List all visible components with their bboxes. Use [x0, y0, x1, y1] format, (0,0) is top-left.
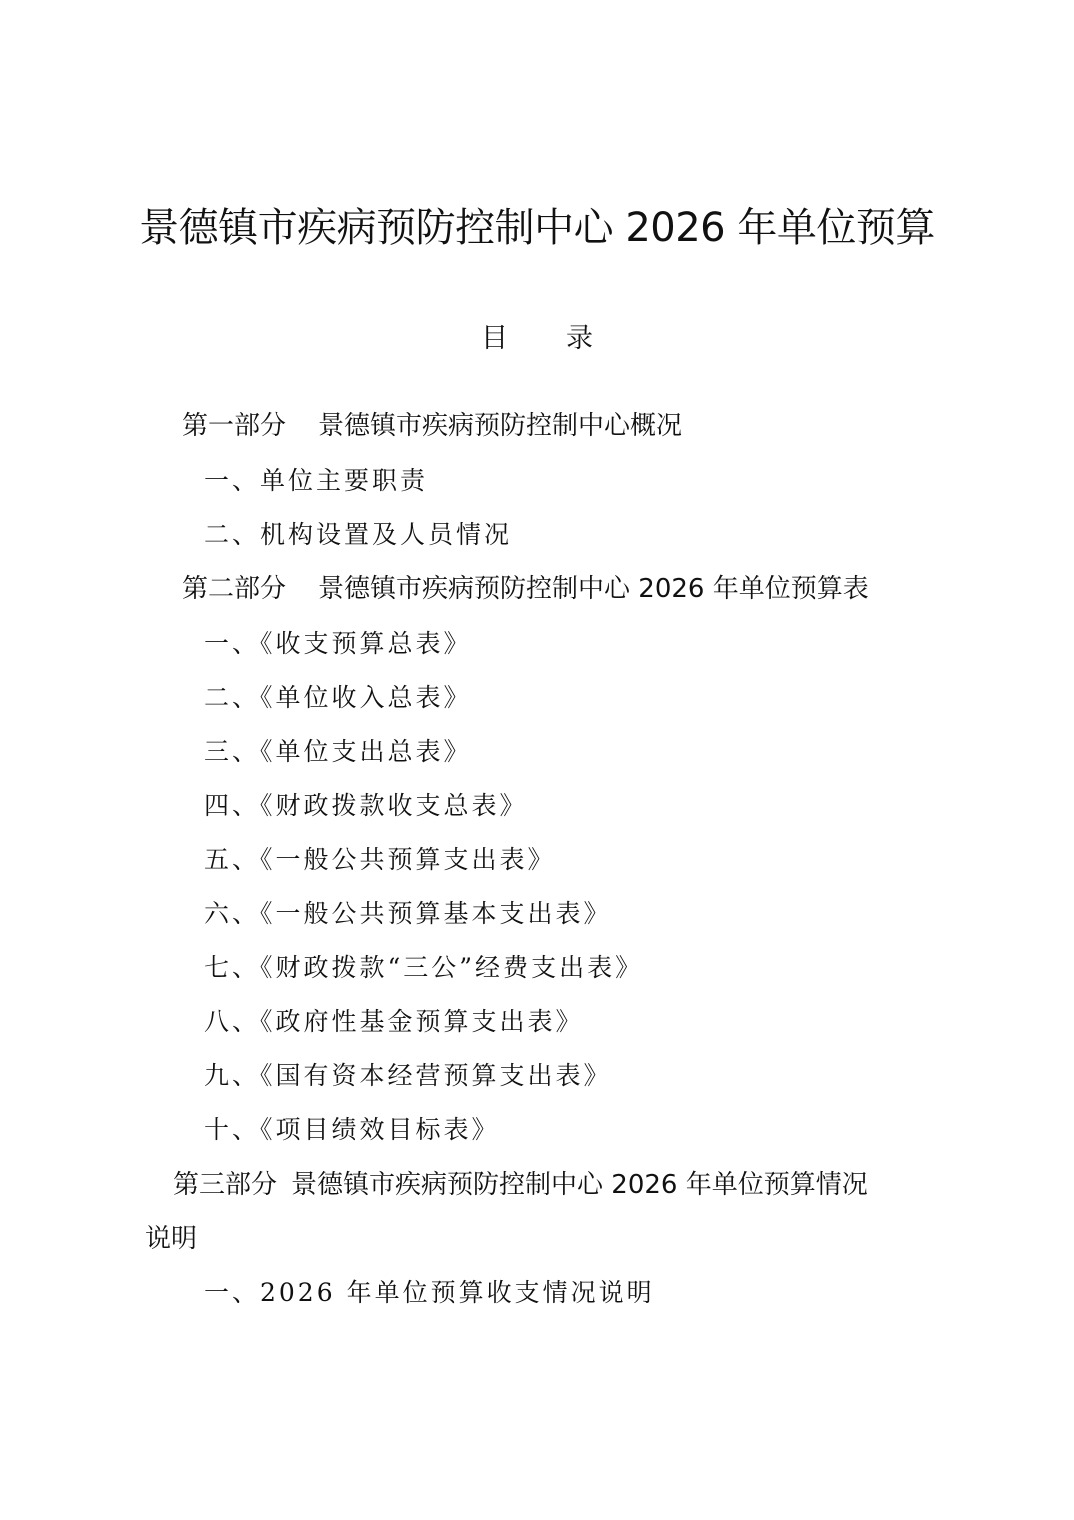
toc-item[interactable]: 六、《一般公共预算基本支出表》 — [204, 894, 612, 930]
toc-part-3[interactable]: 第三部分景德镇市疾病预防控制中心 2026 年单位预算情况 — [173, 1164, 868, 1201]
toc-heading-char-2: 录 — [566, 316, 593, 355]
toc-part-title: 景德镇市疾病预防控制中心概况 — [318, 411, 682, 441]
toc-item[interactable]: 八、《政府性基金预算支出表》 — [204, 1002, 584, 1038]
toc-item[interactable]: 四、《财政拨款收支总表》 — [204, 786, 528, 822]
toc-item[interactable]: 一、2026 年单位预算收支情况说明 — [204, 1273, 655, 1309]
toc-item[interactable]: 九、《国有资本经营预算支出表》 — [204, 1056, 612, 1092]
toc-part-label: 第一部分 — [182, 411, 286, 441]
toc-item[interactable]: 二、机构设置及人员情况 — [204, 515, 512, 551]
toc-part-title: 景德镇市疾病预防控制中心 2026 年单位预算表 — [318, 574, 869, 604]
toc-part-label: 第二部分 — [182, 574, 286, 604]
toc-part-title: 景德镇市疾病预防控制中心 2026 年单位预算情况 — [291, 1170, 868, 1200]
toc-item[interactable]: 一、《收支预算总表》 — [204, 624, 472, 660]
toc-item[interactable]: 七、《财政拨款“三公”经费支出表》 — [204, 948, 643, 984]
toc-item[interactable]: 二、《单位收入总表》 — [204, 678, 472, 714]
toc-item[interactable]: 十、《项目绩效目标表》 — [204, 1110, 500, 1146]
toc-part-1[interactable]: 第一部分景德镇市疾病预防控制中心概况 — [182, 405, 682, 442]
toc-part-3-title-continued[interactable]: 说明 — [145, 1218, 197, 1255]
toc-item[interactable]: 三、《单位支出总表》 — [204, 732, 472, 768]
toc-part-label: 第三部分 — [173, 1170, 277, 1200]
toc-heading-char-1: 目 — [481, 316, 508, 355]
toc-item[interactable]: 一、单位主要职责 — [204, 461, 428, 497]
toc-item[interactable]: 五、《一般公共预算支出表》 — [204, 840, 556, 876]
toc-heading: 目录 — [0, 316, 1074, 355]
toc-part-2[interactable]: 第二部分景德镇市疾病预防控制中心 2026 年单位预算表 — [182, 568, 869, 605]
document-title: 景德镇市疾病预防控制中心 2026 年单位预算 — [0, 196, 1074, 253]
